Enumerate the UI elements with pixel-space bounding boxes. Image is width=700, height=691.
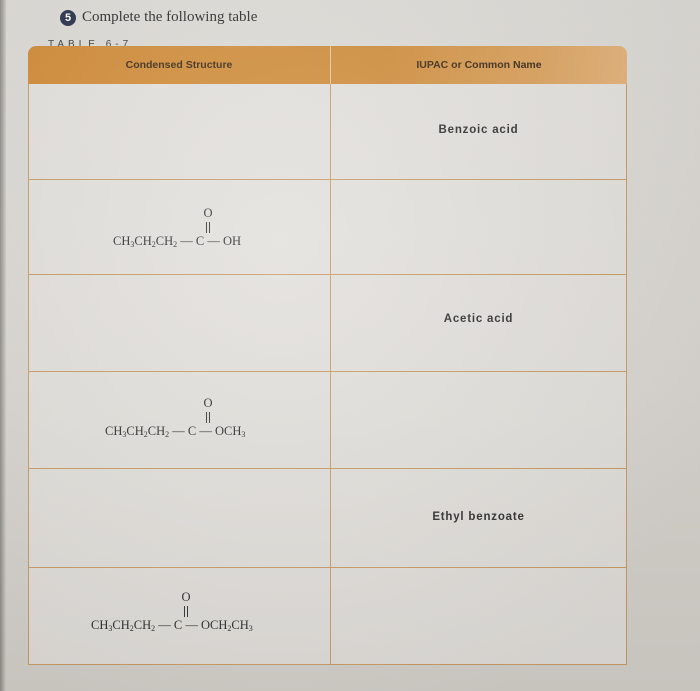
structure-cell-empty[interactable] bbox=[29, 275, 331, 371]
structure-cell-empty[interactable] bbox=[29, 469, 331, 567]
question-number-badge: 5 bbox=[60, 10, 76, 26]
name-cell: Acetic acid bbox=[331, 275, 626, 371]
structure-cell: O CH3CH2CH2 — C — OCH3 bbox=[29, 372, 331, 468]
table-row: Ethyl benzoate bbox=[29, 468, 626, 567]
table-row: O CH3CH2CH2 — C — OCH2CH3 bbox=[29, 567, 626, 664]
double-bond-icon bbox=[184, 606, 188, 617]
condensed-formula: CH3CH2CH2 — C — OCH2CH3 bbox=[91, 618, 253, 633]
question-prompt: 5 Complete the following table bbox=[60, 9, 257, 26]
condensed-formula: CH3CH2CH2 — C — OCH3 bbox=[105, 424, 245, 439]
table-row: Acetic acid bbox=[29, 274, 626, 371]
header-iupac-name: IUPAC or Common Name bbox=[331, 46, 627, 84]
question-text: Complete the following table bbox=[82, 9, 257, 26]
structure-cell: O CH3CH2CH2 — C — OCH2CH3 bbox=[29, 568, 331, 664]
carbonyl-oxygen: O bbox=[201, 206, 215, 221]
table-row: O CH3CH2CH2 — C — OH bbox=[29, 179, 626, 274]
structure-cell-empty[interactable] bbox=[29, 84, 331, 179]
table-body: Benzoic acid O CH3CH2CH2 — C — OH Acetic… bbox=[28, 84, 627, 665]
compound-name: Ethyl benzoate bbox=[331, 511, 626, 523]
double-bond-icon bbox=[206, 412, 210, 423]
table-row: Benzoic acid bbox=[29, 84, 626, 179]
table-header: Condensed Structure IUPAC or Common Name bbox=[28, 46, 627, 84]
carbonyl-oxygen: O bbox=[201, 396, 215, 411]
compound-name: Benzoic acid bbox=[331, 124, 626, 136]
condensed-formula: CH3CH2CH2 — C — OH bbox=[113, 234, 241, 249]
compound-table: Condensed Structure IUPAC or Common Name… bbox=[28, 46, 627, 666]
name-cell-empty[interactable] bbox=[331, 372, 626, 468]
carbonyl-oxygen: O bbox=[179, 590, 193, 605]
table-row: O CH3CH2CH2 — C — OCH3 bbox=[29, 371, 626, 468]
page-edge-shadow bbox=[0, 0, 6, 691]
structure-cell: O CH3CH2CH2 — C — OH bbox=[29, 180, 331, 274]
name-cell: Ethyl benzoate bbox=[331, 469, 626, 567]
name-cell: Benzoic acid bbox=[331, 84, 626, 179]
header-condensed-structure: Condensed Structure bbox=[28, 46, 331, 84]
compound-name: Acetic acid bbox=[331, 313, 626, 325]
name-cell-empty[interactable] bbox=[331, 180, 626, 274]
name-cell-empty[interactable] bbox=[331, 568, 626, 664]
double-bond-icon bbox=[206, 222, 210, 233]
